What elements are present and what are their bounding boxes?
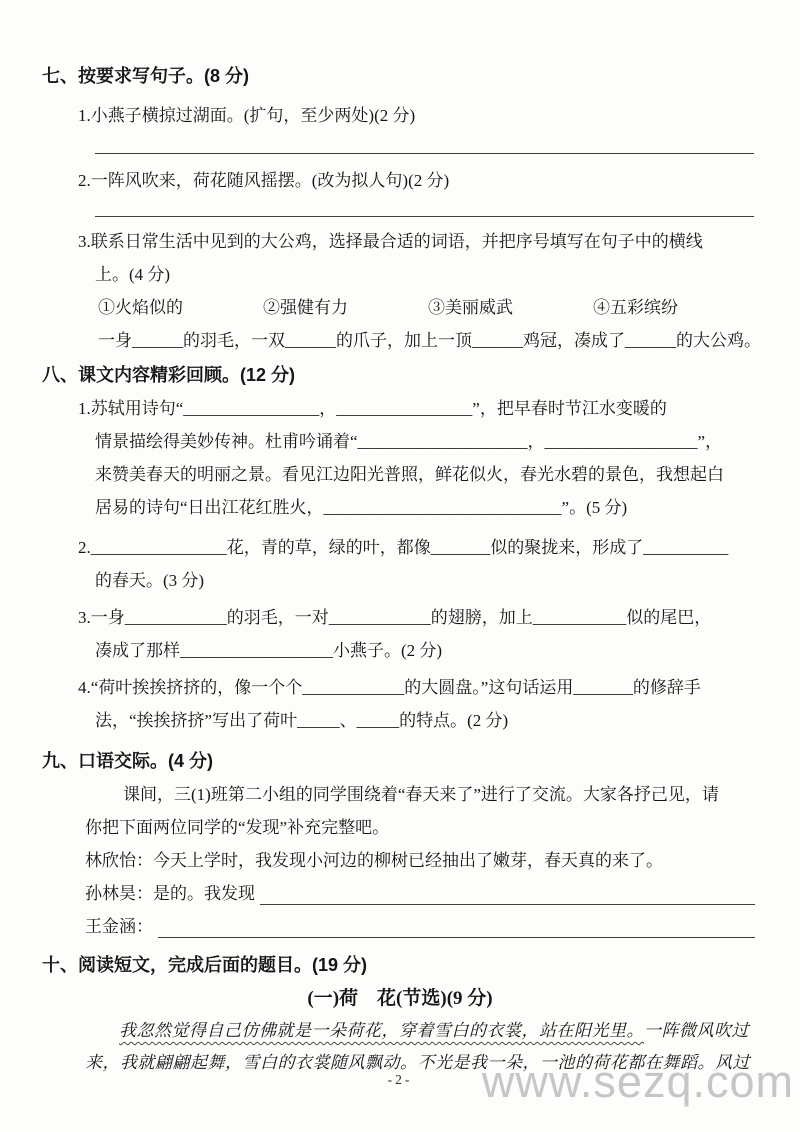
answer-line <box>158 910 755 938</box>
question-8-2-line2: 的春天。(3 分) <box>0 564 800 597</box>
passage-title: (一)荷 花(节选)(9 分) <box>0 982 800 1015</box>
word-options-row: ①火焰似的 ②强健有力 ③美丽威武 ④五彩缤纷 <box>98 291 678 324</box>
question-7-2: 2.一阵风吹来，荷花随风摇摆。(改为拟人句)(2 分) <box>0 164 800 197</box>
question-7-3-line2: 上。(4 分) <box>0 258 800 291</box>
word-option-2: ②强健有力 <box>263 291 348 324</box>
word-option-4: ④五彩缤纷 <box>593 291 678 324</box>
question-7-3-line1: 3.联系日常生活中见到的大公鸡，选择最合适的词语，并把序号填写在句子中的横线 <box>0 225 800 258</box>
section-ten-title: 十、阅读短文，完成后面的题目。(19 分) <box>0 949 800 982</box>
question-8-1-line4: 居易的诗句“日出江花红胜火，__________________________… <box>0 491 800 524</box>
dialog-sun-prefix: 孙林昊：是的。我发现 <box>85 877 255 910</box>
question-8-3-line2: 凑成了那样__________________小燕子。(2 分) <box>0 634 800 667</box>
word-option-1: ①火焰似的 <box>98 291 183 324</box>
dialog-wang-jinhan: 王金涵： <box>0 910 800 943</box>
question-7-3-fill-sentence: 一身______的羽毛，一双______的爪子，加上一顶______鸡冠，凑成了… <box>0 324 800 357</box>
answer-line <box>95 197 754 217</box>
section-nine: 九、口语交际。(4 分) 课间，三(1)班第二小组的同学围绕着“春天来了”进行了… <box>0 745 800 943</box>
section-seven-title: 七、按要求写句子。(8 分) <box>0 60 800 93</box>
section-eight-title: 八、课文内容精彩回顾。(12 分) <box>0 359 800 392</box>
question-8-1-line2: 情景描绘得美妙传神。杜甫吟诵着“____________________，___… <box>0 425 800 458</box>
question-8-3-line1: 3.一身____________的羽毛，一对____________的翅膀，加上… <box>0 601 800 634</box>
question-8-4-line2: 法，“挨挨挤挤”写出了荷叶_____、_____的特点。(2 分) <box>0 704 800 737</box>
answer-line <box>260 877 755 905</box>
section-seven: 七、按要求写句子。(8 分) 1.小燕子横掠过湖面。(扩句，至少两处)(2 分)… <box>0 60 800 357</box>
passage-wavy-sentence: 我忽然觉得自己仿佛就是一朵荷花，穿着雪白的衣裳，站在阳光里。 <box>119 1021 644 1040</box>
question-8-1-line3: 来赞美春天的明丽之景。看见江边阳光普照，鲜花似火，春光水碧的景色，我想起白 <box>0 458 800 491</box>
dialog-wang-prefix: 王金涵： <box>85 910 153 943</box>
passage-line1: 我忽然觉得自己仿佛就是一朵荷花，穿着雪白的衣裳，站在阳光里。一阵微风吹过 <box>0 1015 800 1047</box>
answer-line <box>95 132 754 154</box>
question-7-1: 1.小燕子横掠过湖面。(扩句，至少两处)(2 分) <box>0 99 800 132</box>
section-nine-title: 九、口语交际。(4 分) <box>0 745 800 778</box>
word-option-3: ③美丽威武 <box>428 291 513 324</box>
question-8-1-line1: 1.苏轼用诗句“________________，_______________… <box>0 392 800 425</box>
question-8-2-line1: 2.________________花，青的草，绿的叶，都像_______似的聚… <box>0 531 800 564</box>
oral-intro-line1: 课间，三(1)班第二小组的同学围绕着“春天来了”进行了交流。大家各抒己见，请 <box>0 778 800 811</box>
oral-intro-line2: 你把下面两位同学的“发现”补充完整吧。 <box>0 811 800 844</box>
test-paper-page: 七、按要求写句子。(8 分) 1.小燕子横掠过湖面。(扩句，至少两处)(2 分)… <box>0 0 800 1132</box>
section-eight: 八、课文内容精彩回顾。(12 分) 1.苏轼用诗句“______________… <box>0 359 800 737</box>
question-8-4-line1: 4.“荷叶挨挨挤挤的，像一个个____________的大圆盘。”这句话运用__… <box>0 671 800 704</box>
watermark-text: www.sezq.com <box>482 1056 794 1108</box>
passage-line1-rest: 一阵微风吹过 <box>644 1021 749 1040</box>
dialog-lin-xinyi: 林欣怡：今天上学时，我发现小河边的柳树已经抽出了嫩芽，春天真的来了。 <box>0 844 800 877</box>
dialog-sun-linhao: 孙林昊：是的。我发现 <box>0 877 800 910</box>
